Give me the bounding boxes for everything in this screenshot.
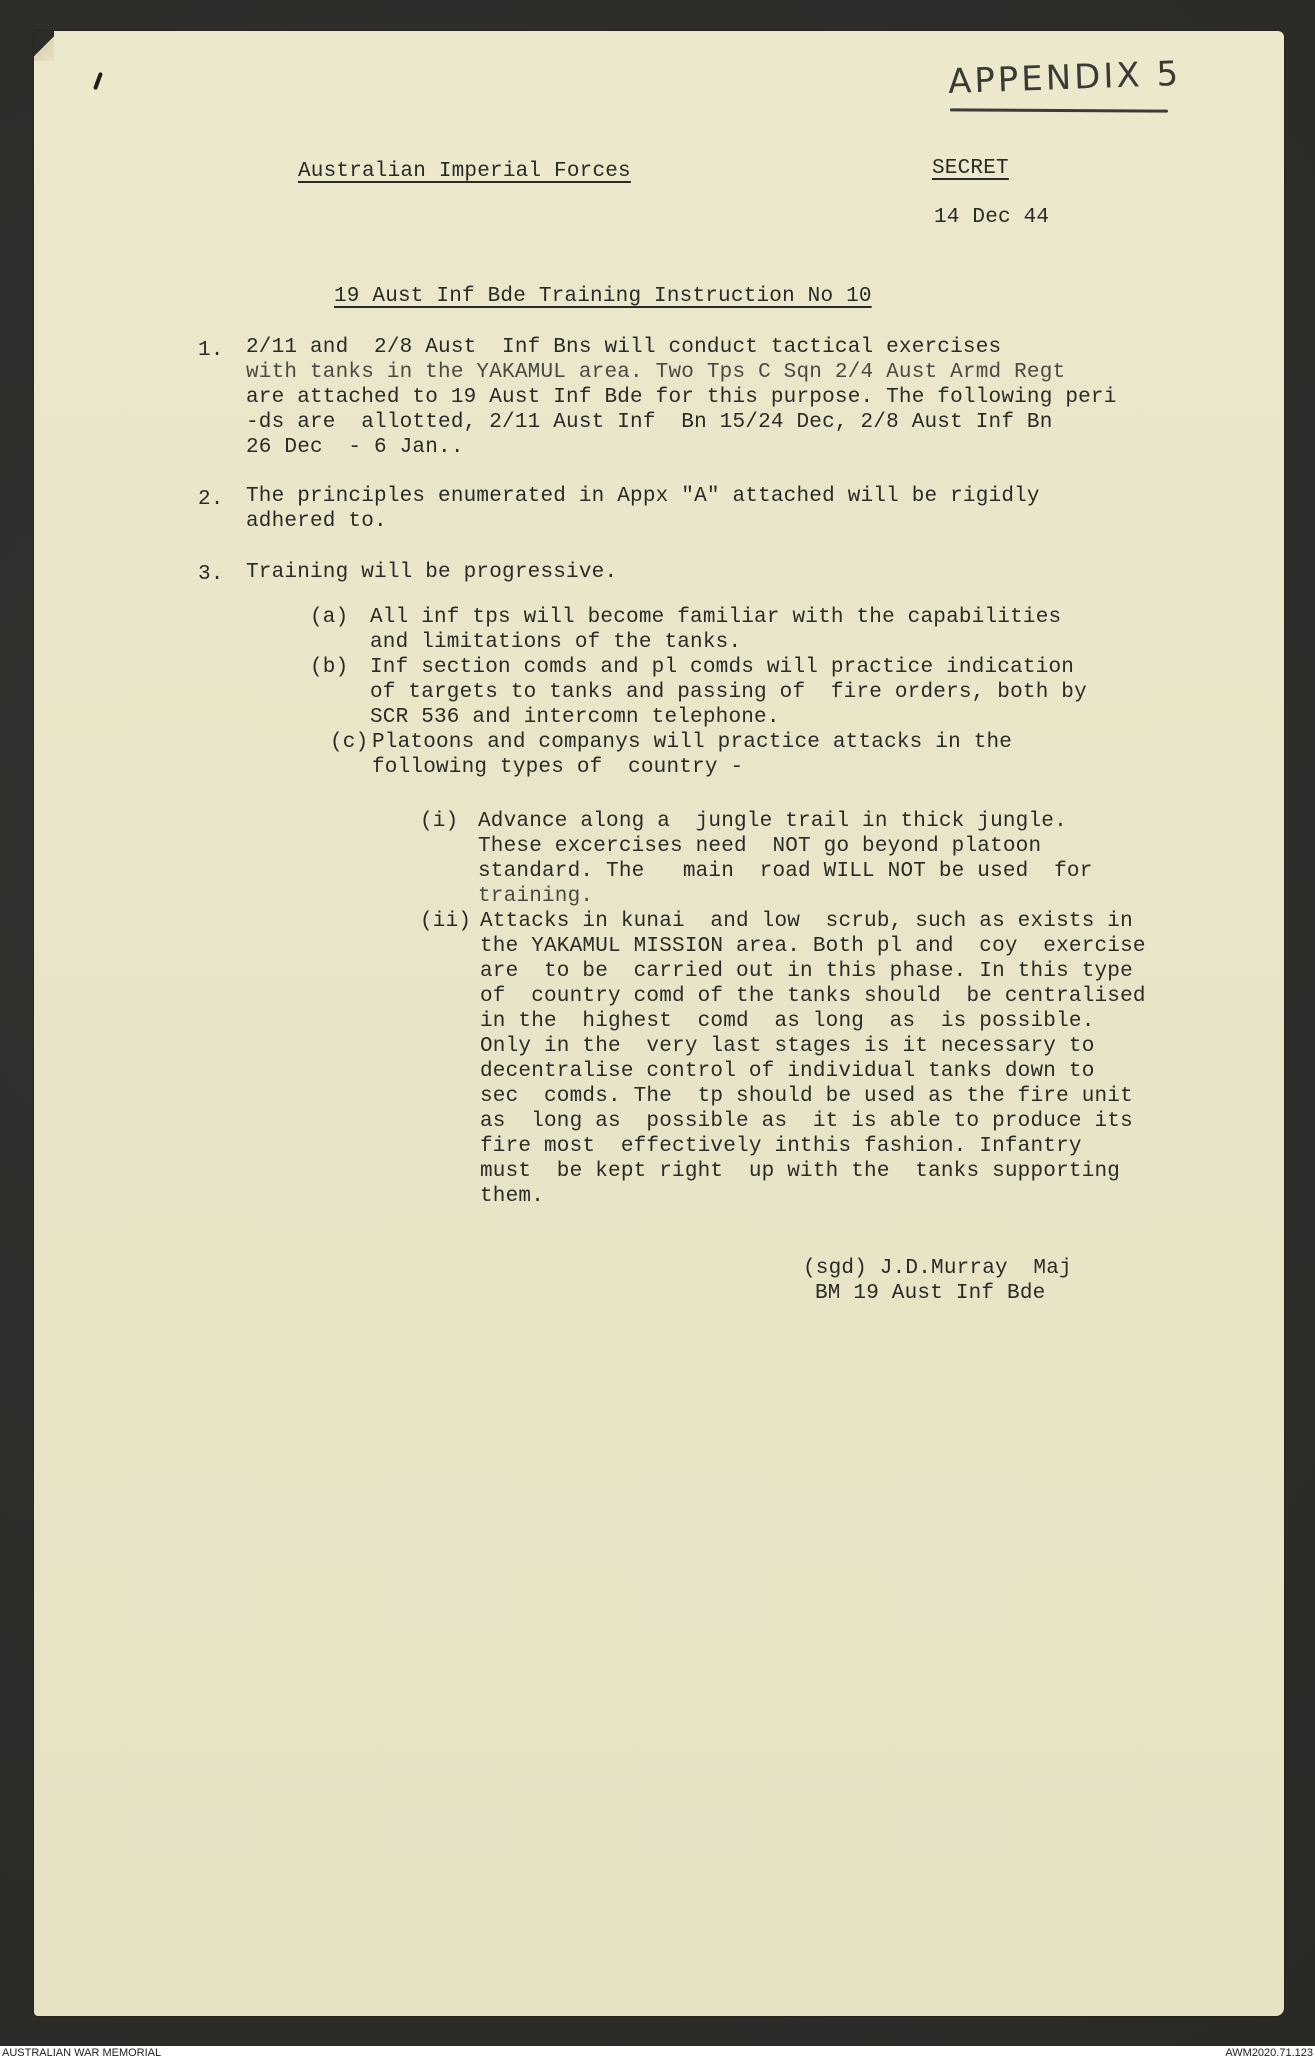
para2-line: The principles enumerated in Appx "A" at… bbox=[246, 485, 1040, 508]
sub-c-line: following types of country - bbox=[372, 756, 743, 779]
sub-ii-line: are to be carried out in this phase. In … bbox=[480, 960, 1133, 983]
sub-ii-line: must be kept right up with the tanks sup… bbox=[480, 1160, 1120, 1183]
organisation-heading: Australian Imperial Forces bbox=[298, 160, 631, 183]
para1-line: 2/11 and 2/8 Aust Inf Bns will conduct t… bbox=[246, 336, 1001, 359]
sub-ii-line: of country comd of the tanks should be c… bbox=[480, 985, 1146, 1008]
classification-label: SECRET bbox=[932, 157, 1009, 180]
sub-b-line: SCR 536 and intercomn telephone. bbox=[370, 706, 780, 729]
para1-line: -ds are allotted, 2/11 Aust Inf Bn 15/24… bbox=[246, 411, 1053, 434]
sub-ii-line: the YAKAMUL MISSION area. Both pl and co… bbox=[480, 935, 1146, 958]
sub-ii-line: fire most effectively inthis fashion. In… bbox=[480, 1135, 1082, 1158]
para1-line: 26 Dec - 6 Jan.. bbox=[246, 436, 464, 459]
sub-a-label: (a) bbox=[310, 606, 348, 629]
para1-number: 1. bbox=[198, 339, 224, 362]
caption-institution: AUSTRALIAN WAR MEMORIAL bbox=[2, 2046, 161, 2061]
sub-ii-line: sec comds. The tp should be used as the … bbox=[480, 1085, 1133, 1108]
para2-number: 2. bbox=[198, 488, 224, 511]
sub-i-label: (i) bbox=[420, 810, 458, 833]
sub-i-line: These excercises need NOT go beyond plat… bbox=[478, 835, 1041, 858]
sub-a-line: All inf tps will become familiar with th… bbox=[370, 606, 1061, 629]
sub-b-label: (b) bbox=[310, 656, 348, 679]
sub-b-line: Inf section comds and pl comds will prac… bbox=[370, 656, 1074, 679]
para2-line: adhered to. bbox=[246, 510, 387, 533]
sub-i-line: standard. The main road WILL NOT be used… bbox=[478, 860, 1093, 883]
sub-c-label: (c) bbox=[330, 731, 368, 754]
sub-i-line: training. bbox=[478, 885, 593, 908]
sub-ii-line: decentralise control of individual tanks… bbox=[480, 1060, 1095, 1083]
signature-name: (sgd) J.D.Murray Maj bbox=[803, 1257, 1072, 1280]
sub-ii-line: Only in the very last stages is it neces… bbox=[480, 1035, 1095, 1058]
para1-line: are attached to 19 Aust Inf Bde for this… bbox=[246, 386, 1117, 409]
document-date: 14 Dec 44 bbox=[934, 206, 1049, 229]
sub-c-line: Platoons and companys will practice atta… bbox=[372, 731, 1012, 754]
sub-ii-line: them. bbox=[480, 1185, 544, 1208]
document-title: 19 Aust Inf Bde Training Instruction No … bbox=[334, 285, 872, 308]
sub-ii-label: (ii) bbox=[420, 910, 471, 933]
sub-a-line: and limitations of the tanks. bbox=[370, 631, 741, 654]
signature-role: BM 19 Aust Inf Bde bbox=[815, 1282, 1045, 1305]
para3-line: Training will be progressive. bbox=[246, 561, 617, 584]
sub-i-line: Advance along a jungle trail in thick ju… bbox=[478, 810, 1067, 833]
folded-corner bbox=[34, 31, 54, 61]
para3-number: 3. bbox=[198, 563, 224, 586]
handwritten-appendix-label: APPENDIX 5 bbox=[947, 54, 1181, 102]
caption-accession-number: AWM2020.71.123 bbox=[1225, 2046, 1313, 2061]
caption-bar: AUSTRALIAN WAR MEMORIAL AWM2020.71.123 bbox=[0, 2046, 1315, 2061]
sub-ii-line: in the highest comd as long as is possib… bbox=[480, 1010, 1095, 1033]
sub-b-line: of targets to tanks and passing of fire … bbox=[370, 681, 1087, 704]
sub-ii-line: as long as possible as it is able to pro… bbox=[480, 1110, 1133, 1133]
para1-line: with tanks in the YAKAMUL area. Two Tps … bbox=[246, 361, 1065, 384]
sub-ii-line: Attacks in kunai and low scrub, such as … bbox=[480, 910, 1133, 933]
